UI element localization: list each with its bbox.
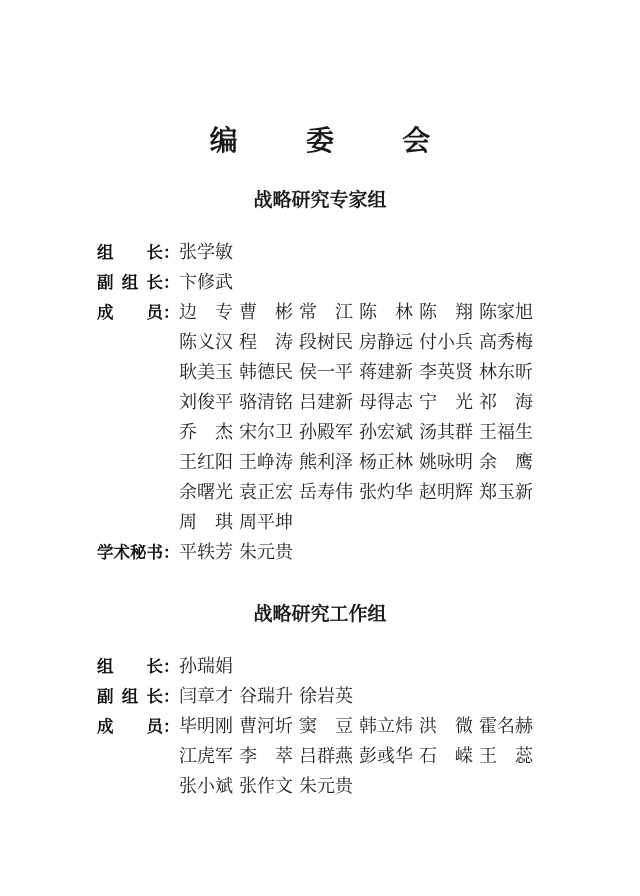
secretary-name: 朱元贵 — [239, 538, 293, 568]
member-name: 彭彧华 — [359, 742, 413, 772]
member-name: 岳寿伟 — [299, 478, 353, 508]
member-name: 赵明辉 — [419, 478, 473, 508]
deputy-leader-row: 副组长： 卞修武 — [97, 268, 640, 298]
member-name: 陈 翔 — [419, 298, 473, 328]
members-row: 周 琪 周平坤 — [97, 508, 640, 538]
member-name: 王福生 — [479, 418, 533, 448]
leader-row: 组长： 孙瑞娟 — [97, 652, 640, 682]
leader-label: 组长 — [97, 652, 163, 682]
secretary-label: 学术秘书 — [97, 538, 163, 568]
member-name: 蒋建新 — [359, 358, 413, 388]
members-row: 江虎军 李 萃 吕群燕 彭彧华 石 嵘 王 蕊 — [97, 742, 640, 772]
members-label: 成员 — [97, 712, 163, 742]
secretary-row: 学术秘书： 平轶芳 朱元贵 — [97, 538, 640, 568]
label-colon: ： — [163, 682, 179, 712]
member-name: 孙宏斌 — [359, 418, 413, 448]
member-name: 程 涛 — [239, 328, 293, 358]
deputy-leader-row: 副组长： 闫章才 谷瑞升 徐岩英 — [97, 682, 640, 712]
member-name: 余曙光 — [179, 478, 233, 508]
member-name: 耿美玉 — [179, 358, 233, 388]
deputy-leader-name: 卞修武 — [179, 268, 233, 298]
member-name: 张灼华 — [359, 478, 413, 508]
member-name: 李英贤 — [419, 358, 473, 388]
work-group-section: 组长： 孙瑞娟 副组长： 闫章才 谷瑞升 徐岩英 成员： 毕明刚 曹河圻 窦 豆… — [0, 652, 640, 802]
member-name: 王红阳 — [179, 448, 233, 478]
member-name: 周 琪 — [179, 508, 233, 538]
member-name: 袁正宏 — [239, 478, 293, 508]
member-name: 孙殿军 — [299, 418, 353, 448]
members-row: 成员： 毕明刚 曹河圻 窦 豆 韩立炜 洪 微 霍名赫 — [97, 712, 640, 742]
members-row: 王红阳 王峥涛 熊利泽 杨正林 姚咏明 余 鹰 — [97, 448, 640, 478]
member-name: 乔 杰 — [179, 418, 233, 448]
deputy-leader-label: 副组长 — [97, 268, 163, 298]
member-name: 曹河圻 — [239, 712, 293, 742]
member-name: 陈义汉 — [179, 328, 233, 358]
leader-label: 组长 — [97, 238, 163, 268]
expert-group-section: 组长： 张学敏 副组长： 卞修武 成员： 边 专 曹 彬 常 江 陈 林 陈 翔… — [0, 238, 640, 568]
member-name: 王峥涛 — [239, 448, 293, 478]
label-colon: ： — [163, 538, 179, 568]
member-name: 骆清铭 — [239, 388, 293, 418]
members-row: 乔 杰 宋尔卫 孙殿军 孙宏斌 汤其群 王福生 — [97, 418, 640, 448]
member-name: 韩德民 — [239, 358, 293, 388]
leader-name: 孙瑞娟 — [179, 652, 233, 682]
leader-row: 组长： 张学敏 — [97, 238, 640, 268]
label-colon: ： — [163, 238, 179, 268]
member-name: 窦 豆 — [299, 712, 353, 742]
member-name: 姚咏明 — [419, 448, 473, 478]
member-name: 杨正林 — [359, 448, 413, 478]
member-name: 周平坤 — [239, 508, 293, 538]
member-name: 霍名赫 — [479, 712, 533, 742]
members-row: 余曙光 袁正宏 岳寿伟 张灼华 赵明辉 郑玉新 — [97, 478, 640, 508]
members-row: 耿美玉 韩德民 侯一平 蒋建新 李英贤 林东昕 — [97, 358, 640, 388]
member-name: 吕群燕 — [299, 742, 353, 772]
member-name: 韩立炜 — [359, 712, 413, 742]
page-title: 编 委 会 — [0, 0, 640, 160]
member-name: 王 蕊 — [479, 742, 533, 772]
member-name: 付小兵 — [419, 328, 473, 358]
deputy-leader-label: 副组长 — [97, 682, 163, 712]
member-name: 高秀梅 — [479, 328, 533, 358]
member-name: 熊利泽 — [299, 448, 353, 478]
member-name: 李 萃 — [239, 742, 293, 772]
member-name: 郑玉新 — [479, 478, 533, 508]
member-name: 常 江 — [299, 298, 353, 328]
member-name: 汤其群 — [419, 418, 473, 448]
secretary-name: 平轶芳 — [179, 538, 233, 568]
members-row: 张小斌 张作文 朱元贵 — [97, 772, 640, 802]
label-colon: ： — [163, 652, 179, 682]
member-name: 毕明刚 — [179, 712, 233, 742]
member-name: 陈家旭 — [479, 298, 533, 328]
members-row: 陈义汉 程 涛 段树民 房静远 付小兵 高秀梅 — [97, 328, 640, 358]
label-colon: ： — [163, 712, 179, 742]
members-row: 刘俊平 骆清铭 吕建新 母得志 宁 光 祁 海 — [97, 388, 640, 418]
member-name: 洪 微 — [419, 712, 473, 742]
member-name: 张小斌 — [179, 772, 233, 802]
member-name: 余 鹰 — [479, 448, 533, 478]
member-name: 曹 彬 — [239, 298, 293, 328]
member-name: 段树民 — [299, 328, 353, 358]
members-label: 成员 — [97, 298, 163, 328]
member-name: 张作文 — [239, 772, 293, 802]
label-colon: ： — [163, 268, 179, 298]
member-name: 边 专 — [179, 298, 233, 328]
member-name: 母得志 — [359, 388, 413, 418]
member-name: 陈 林 — [359, 298, 413, 328]
members-row: 成员： 边 专 曹 彬 常 江 陈 林 陈 翔 陈家旭 — [97, 298, 640, 328]
member-name: 刘俊平 — [179, 388, 233, 418]
member-name: 侯一平 — [299, 358, 353, 388]
label-colon: ： — [163, 298, 179, 328]
member-name: 朱元贵 — [299, 772, 353, 802]
deputy-leader-name: 谷瑞升 — [239, 682, 293, 712]
expert-group-heading: 战略研究专家组 — [0, 188, 640, 212]
deputy-leader-name: 徐岩英 — [299, 682, 353, 712]
member-name: 林东昕 — [479, 358, 533, 388]
member-name: 吕建新 — [299, 388, 353, 418]
member-name: 江虎军 — [179, 742, 233, 772]
member-name: 宁 光 — [419, 388, 473, 418]
work-group-heading: 战略研究工作组 — [0, 602, 640, 626]
member-name: 宋尔卫 — [239, 418, 293, 448]
member-name: 祁 海 — [479, 388, 533, 418]
document-page: 编 委 会 战略研究专家组 组长： 张学敏 副组长： 卞修武 成员： 边 专 曹… — [0, 0, 640, 896]
member-name: 房静远 — [359, 328, 413, 358]
deputy-leader-name: 闫章才 — [179, 682, 233, 712]
leader-name: 张学敏 — [179, 238, 233, 268]
member-name: 石 嵘 — [419, 742, 473, 772]
